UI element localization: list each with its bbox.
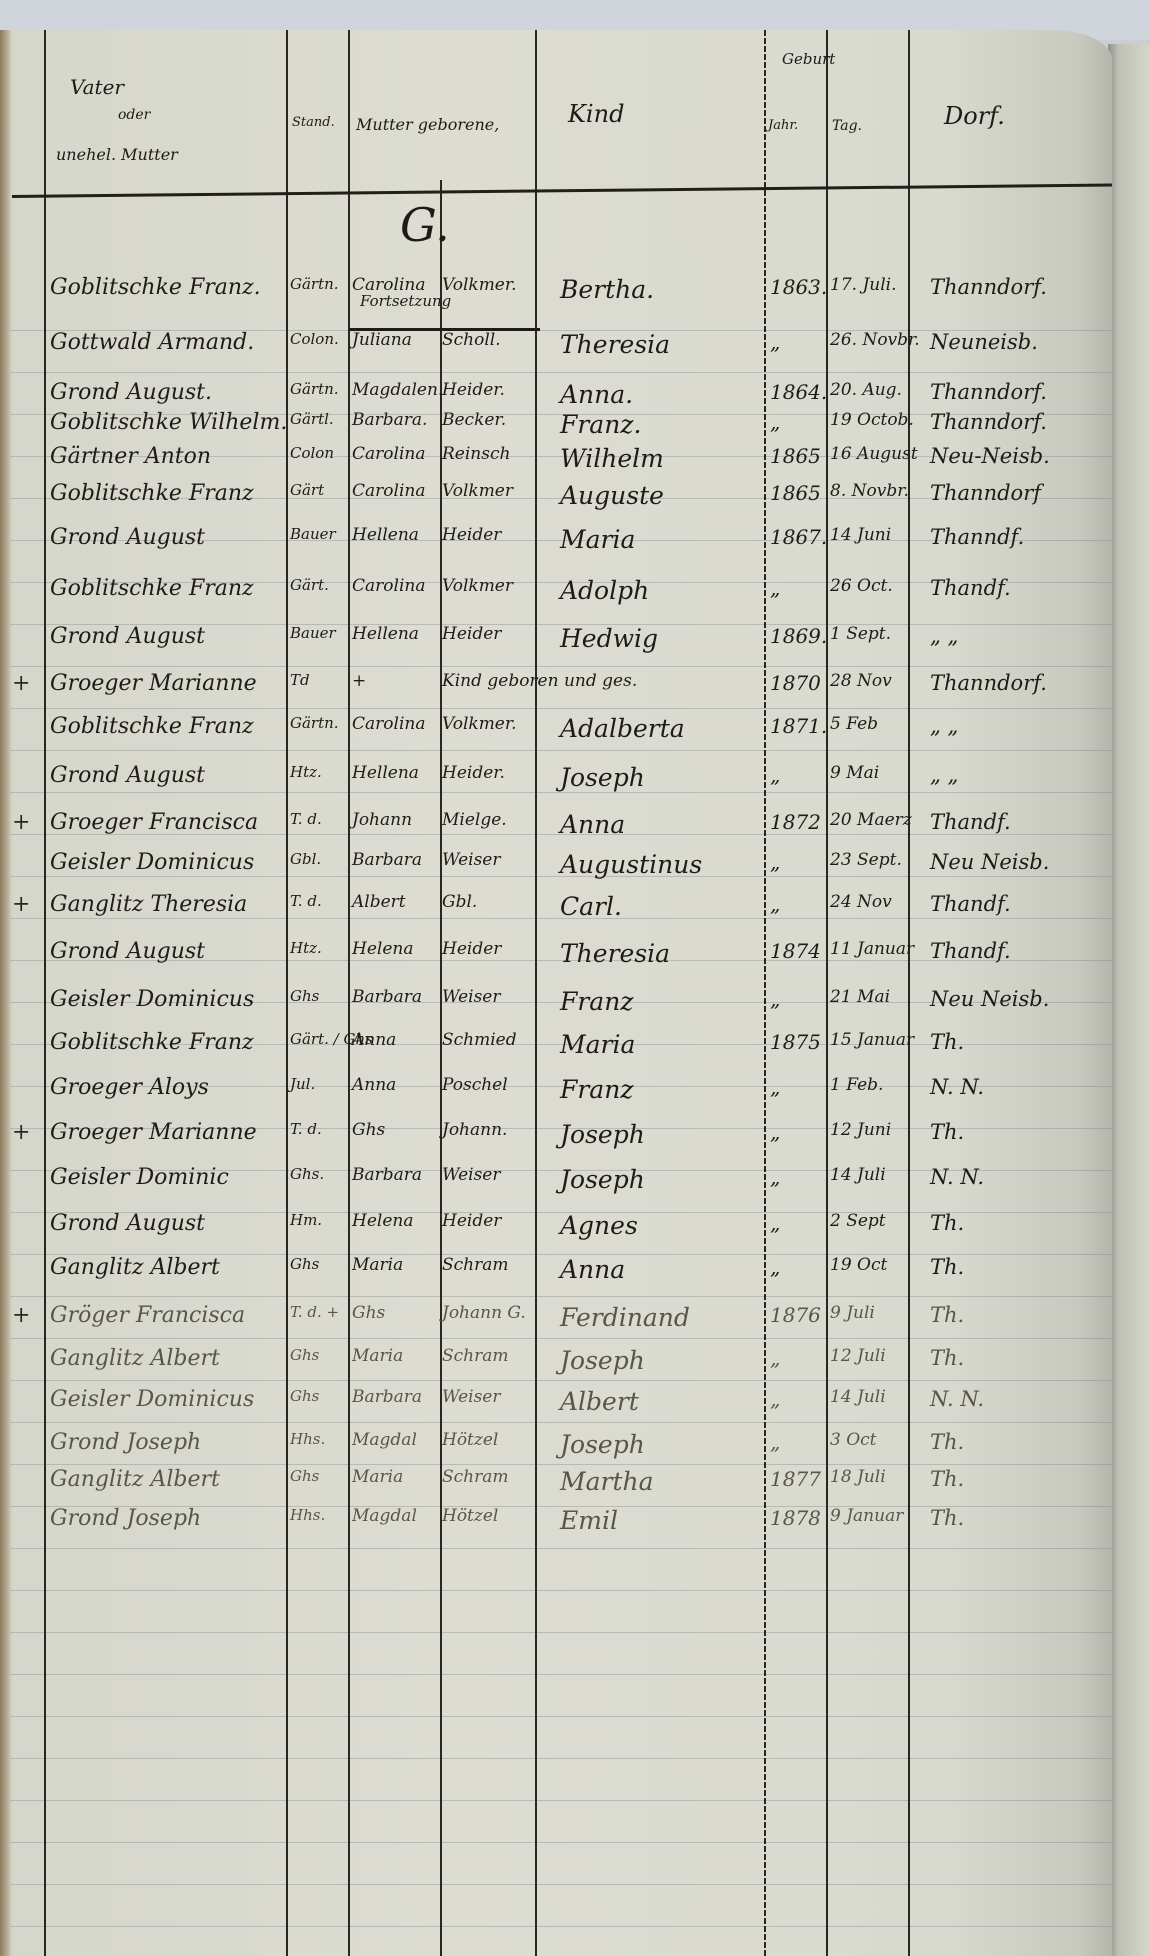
cell-year: „: [770, 410, 780, 434]
cell-parent: Groeger Marianne: [50, 1120, 257, 1145]
ruled-line: [10, 1800, 1112, 1801]
cell-day: 3 Oct: [830, 1430, 877, 1450]
cell-village: Th.: [930, 1120, 964, 1144]
cell-child: Wilhelm: [560, 444, 664, 473]
cell-mark: +: [12, 1303, 30, 1328]
cell-village: Thanndorf.: [930, 410, 1047, 434]
cell-parent: Goblitschke Franz: [50, 576, 254, 601]
cell-mother-born: Schmied: [442, 1030, 517, 1050]
cell-mother-born: Heider: [442, 624, 501, 644]
cell-village: Thanndorf.: [930, 275, 1047, 299]
cell-mother-born: Heider: [442, 939, 501, 959]
cell-mother-born: Heider: [442, 525, 501, 545]
cell-parent: Grond August.: [50, 380, 212, 405]
cell-parent: Groeger Francisca: [50, 810, 258, 835]
cell-stand: Htz.: [290, 939, 322, 957]
cell-day: 24 Nov: [830, 892, 892, 912]
cell-year: 1878: [770, 1506, 821, 1530]
cell-day: 14 Juli: [830, 1165, 886, 1185]
cell-mother-born: Johann.: [442, 1120, 507, 1140]
cell-parent: Gärtner Anton: [50, 444, 211, 469]
cell-child: Maria: [560, 1030, 635, 1059]
cell-year: 1869.: [770, 624, 827, 648]
cell-day: 21 Mai: [830, 987, 890, 1007]
cell-mother-first: Carolina: [352, 481, 425, 501]
ruled-line: [10, 666, 1112, 667]
cell-mother-born: Schram: [442, 1346, 509, 1366]
column-line: [764, 30, 766, 1956]
cell-child: Auguste: [560, 481, 664, 510]
cell-mother-first: Barbara: [352, 1387, 422, 1407]
cell-parent: Grond August: [50, 1211, 205, 1236]
cell-year: 1875: [770, 1030, 821, 1054]
column-line: [44, 30, 46, 1956]
cell-child: Joseph: [560, 1165, 645, 1194]
cell-child: Franz: [560, 1075, 633, 1104]
cell-village: Neu Neisb.: [930, 850, 1049, 874]
cell-mother-first: Helena: [352, 1211, 413, 1231]
ruled-line: [10, 1884, 1112, 1885]
cell-parent: Grond August: [50, 525, 205, 550]
cell-mark: +: [12, 671, 30, 696]
cell-stand: Gbl.: [290, 850, 321, 868]
cell-day: 19 Oct: [830, 1255, 887, 1275]
cell-mother-first: Magdal: [352, 1506, 417, 1526]
cell-child: Albert: [560, 1387, 639, 1416]
cell-parent: Gottwald Armand.: [50, 330, 254, 355]
cell-day: 15 Januar: [830, 1030, 914, 1050]
cell-day: 19 Octob.: [830, 410, 914, 430]
cell-parent: Geisler Dominicus: [50, 850, 254, 875]
cell-village: Th.: [930, 1255, 964, 1279]
cell-day: 12 Juli: [830, 1346, 886, 1366]
cell-mother-first: Carolina: [352, 714, 425, 734]
cell-mother-first: Ghs: [352, 1303, 385, 1323]
cell-mark: +: [12, 892, 30, 917]
cell-child: Martha: [560, 1467, 654, 1496]
cell-stand: Hhs.: [290, 1506, 325, 1524]
cell-stand: Gärt.: [290, 576, 329, 594]
cell-child: Theresia: [560, 330, 670, 359]
cell-year: 1865: [770, 444, 821, 468]
cell-stand: Htz.: [290, 763, 322, 781]
cell-child: Joseph: [560, 1346, 645, 1375]
cell-village: Th.: [930, 1303, 964, 1327]
cell-village: N. N.: [930, 1165, 984, 1189]
cell-day: 8. Novbr.: [830, 481, 909, 501]
cell-child: Franz.: [560, 410, 641, 439]
cell-mother-first: Ghs: [352, 1120, 385, 1140]
ruled-line: [10, 1926, 1112, 1927]
header-year: Jahr.: [768, 118, 798, 133]
cell-mother-born: Poschel: [442, 1075, 508, 1095]
cell-mother-born: Hötzel: [442, 1506, 498, 1526]
cell-child: Anna: [560, 1255, 625, 1284]
cell-mother-first: Hellena: [352, 525, 419, 545]
cell-mother-born: Weiser: [442, 850, 501, 870]
header-mother: Mutter geborene,: [356, 115, 499, 134]
cell-year: 1863.: [770, 275, 827, 299]
cell-mother-first: Hellena: [352, 763, 419, 783]
cell-mother-first: Magdalen.: [352, 380, 443, 400]
cell-stand: T. d.: [290, 810, 322, 828]
cell-mother-born: Weiser: [442, 1165, 501, 1185]
cell-year: „: [770, 1430, 780, 1454]
cell-mother-first: Hellena: [352, 624, 419, 644]
cell-mother-first: Albert: [352, 892, 406, 912]
cell-village: Thanndf.: [930, 525, 1024, 549]
next-page-edge: [1108, 44, 1150, 1956]
header-parent-1: Vater: [70, 75, 124, 99]
cell-parent: Ganglitz Albert: [50, 1467, 220, 1492]
cell-day: 26. Novbr.: [830, 330, 920, 350]
column-line: [826, 30, 828, 1956]
header-parent-2: oder: [118, 107, 150, 123]
ruled-line: [10, 372, 1112, 373]
cell-mother-first: Maria: [352, 1255, 403, 1275]
column-line: [908, 30, 910, 1956]
cell-day: 11 Januar: [830, 939, 914, 959]
cell-mother-born: Scholl.: [442, 330, 501, 350]
cell-year: 1874: [770, 939, 821, 963]
cell-stand: Colon.: [290, 330, 339, 348]
cell-stand: Hm.: [290, 1211, 322, 1229]
cell-mother-born: Mielge.: [442, 810, 507, 830]
cell-year: „: [770, 1120, 780, 1144]
cell-parent: Geisler Dominicus: [50, 1387, 254, 1412]
header-stand: Stand.: [292, 115, 335, 130]
cell-mother-born: Reinsch: [442, 444, 510, 464]
cell-mother-first: Carolina: [352, 576, 425, 596]
ruled-line: [10, 1380, 1112, 1381]
cell-mother-born: Heider.: [442, 380, 505, 400]
cell-village: „ „: [930, 714, 958, 738]
cell-year: „: [770, 1255, 780, 1279]
cell-stand: Ghs: [290, 1387, 319, 1405]
cell-mother-first: Maria: [352, 1346, 403, 1366]
cell-child: Adolph: [560, 576, 649, 605]
cell-mother-first: Anna: [352, 1075, 396, 1095]
cell-year: „: [770, 763, 780, 787]
cell-mother-born: Weiser: [442, 987, 501, 1007]
cell-parent: Goblitschke Franz.: [50, 275, 261, 300]
header-divider: [12, 183, 1112, 198]
cell-mother-first: Anna: [352, 1030, 396, 1050]
cell-child: Joseph: [560, 1120, 645, 1149]
cell-year: „: [770, 576, 780, 600]
cell-mother-first: Carolina: [352, 275, 425, 295]
cell-year: 1864.: [770, 380, 827, 404]
cell-parent: Groeger Marianne: [50, 671, 257, 696]
cell-stand: Gärtl.: [290, 410, 334, 428]
cell-day: 12 Juni: [830, 1120, 891, 1140]
cell-child: Augustinus: [560, 850, 702, 879]
cell-mother-born: Gbl.: [442, 892, 477, 912]
cell-mother-born: Kind geboren und ges.: [442, 671, 637, 691]
ruled-line: [10, 1590, 1112, 1591]
cell-parent: Ganglitz Albert: [50, 1346, 220, 1371]
ruled-line: [10, 708, 1112, 709]
cell-mother-born: Schram: [442, 1467, 509, 1487]
cell-parent: Grond August: [50, 624, 205, 649]
cell-day: 1 Feb.: [830, 1075, 883, 1095]
cell-parent: Goblitschke Franz: [50, 481, 254, 506]
cell-mother-first: Magdal: [352, 1430, 417, 1450]
cell-mark: +: [12, 1120, 30, 1145]
cell-day: 17. Juli.: [830, 275, 896, 295]
cell-child: Ferdinand: [560, 1303, 690, 1332]
cell-mother-first: Carolina: [352, 444, 425, 464]
cell-mother-born: Volkmer: [442, 576, 513, 596]
cell-day: 20 Maerz: [830, 810, 912, 830]
cell-mother-born: Becker.: [442, 410, 506, 430]
cell-stand: Ghs: [290, 1346, 319, 1364]
cell-child: Anna.: [560, 380, 633, 409]
cell-parent: Goblitschke Franz: [50, 1030, 254, 1055]
cell-mother-born: Heider: [442, 1211, 501, 1231]
cell-child: Bertha.: [560, 275, 654, 304]
cell-village: N. N.: [930, 1387, 984, 1411]
cell-parent: Grond Joseph: [50, 1506, 201, 1531]
cell-child: Maria: [560, 525, 635, 554]
cell-year: 1865: [770, 481, 821, 505]
cell-day: 9 Juli: [830, 1303, 875, 1323]
cell-day: 18 Juli: [830, 1467, 886, 1487]
cell-mother-born: Volkmer: [442, 481, 513, 501]
ruled-line: [10, 1758, 1112, 1759]
ruled-line: [10, 792, 1112, 793]
cell-child: Joseph: [560, 763, 645, 792]
cell-village: Neuneisb.: [930, 330, 1038, 354]
cell-day: 1 Sept.: [830, 624, 891, 644]
cell-mother-first: Juliana: [352, 330, 412, 350]
column-line: [535, 30, 537, 1956]
cell-parent: Grond Joseph: [50, 1430, 201, 1455]
ruled-line: [10, 1842, 1112, 1843]
ruled-line: [10, 1464, 1112, 1465]
cell-year: „: [770, 1165, 780, 1189]
cell-day: 20. Aug.: [830, 380, 902, 400]
cell-mother-first: Johann: [352, 810, 412, 830]
cell-stand: Ghs: [290, 1467, 319, 1485]
cell-child: Theresia: [560, 939, 670, 968]
cell-year: 1867.: [770, 525, 827, 549]
register-page: Vater oder unehel. Mutter Stand. Mutter …: [0, 30, 1112, 1956]
cell-day: 16 August: [830, 444, 918, 464]
cell-stand: Td: [290, 671, 310, 689]
cell-mother-born: Johann G.: [442, 1303, 526, 1323]
cell-stand: T. d.: [290, 1120, 322, 1138]
ruled-line: [10, 1548, 1112, 1549]
cell-village: Th.: [930, 1211, 964, 1235]
cell-child: Hedwig: [560, 624, 658, 653]
column-line: [286, 30, 288, 1956]
cell-stand: Ghs.: [290, 1165, 324, 1183]
cell-day: 26 Oct.: [830, 576, 893, 596]
ruled-line: [10, 1716, 1112, 1717]
column-line: [348, 30, 350, 1956]
cell-stand: T. d. +: [290, 1303, 339, 1321]
cell-village: Th.: [930, 1346, 964, 1370]
cell-village: N. N.: [930, 1075, 984, 1099]
cell-village: Thanndorf.: [930, 380, 1047, 404]
cell-year: „: [770, 987, 780, 1011]
cell-village: Thandf.: [930, 939, 1011, 963]
cell-day: 9 Mai: [830, 763, 879, 783]
cell-parent: Gröger Francisca: [50, 1303, 245, 1328]
cell-mother-born: Heider.: [442, 763, 505, 783]
cell-day: 14 Juli: [830, 1387, 886, 1407]
cell-stand: Gärtn.: [290, 714, 339, 732]
cell-mother-first: Maria: [352, 1467, 403, 1487]
cell-child: Emil: [560, 1506, 618, 1535]
cell-child: Franz: [560, 987, 633, 1016]
cell-mother-first: +: [352, 671, 366, 691]
cell-stand: Ghs: [290, 987, 319, 1005]
cell-year: 1877: [770, 1467, 821, 1491]
cell-child: Carl.: [560, 892, 622, 921]
cell-parent: Ganglitz Theresia: [50, 892, 247, 917]
cell-child: Anna: [560, 810, 625, 839]
cell-stand: Hhs.: [290, 1430, 325, 1448]
header-day: Tag.: [832, 118, 862, 134]
cell-day: 28 Nov: [830, 671, 892, 691]
cell-village: Th.: [930, 1467, 964, 1491]
cell-mother-born: Schram: [442, 1255, 509, 1275]
cell-year: 1871.: [770, 714, 827, 738]
cell-year: „: [770, 1211, 780, 1235]
cell-parent: Goblitschke Franz: [50, 714, 254, 739]
cell-village: Th.: [930, 1506, 964, 1530]
cell-village: Thanndorf: [930, 481, 1041, 505]
cell-stand: Gärtn.: [290, 380, 339, 398]
header-village: Dorf.: [944, 102, 1005, 130]
cell-stand: Bauer: [290, 624, 336, 642]
cell-day: 23 Sept.: [830, 850, 902, 870]
cell-village: Thandf.: [930, 576, 1011, 600]
cell-village: Neu-Neisb.: [930, 444, 1050, 468]
cell-village: Thandf.: [930, 810, 1011, 834]
cell-mother-first: Helena: [352, 939, 413, 959]
cell-child: Adalberta: [560, 714, 685, 743]
cell-year: „: [770, 1075, 780, 1099]
cell-year: „: [770, 892, 780, 916]
cell-mother-first: Barbara: [352, 850, 422, 870]
cell-parent: Ganglitz Albert: [50, 1255, 220, 1280]
cell-mother-first: Barbara.: [352, 410, 427, 430]
cell-village: Neu Neisb.: [930, 987, 1049, 1011]
cell-child: Joseph: [560, 1430, 645, 1459]
header-birth: Geburt: [782, 50, 835, 68]
cell-parent: Geisler Dominic: [50, 1165, 229, 1190]
cell-village: Th.: [930, 1030, 964, 1054]
cell-mother-first: Barbara: [352, 987, 422, 1007]
header-child: Kind: [568, 100, 624, 128]
ruled-line: [10, 1422, 1112, 1423]
cell-year: „: [770, 850, 780, 874]
header-parent-3: unehel. Mutter: [56, 145, 178, 164]
cell-mark: +: [12, 810, 30, 835]
cell-stand: Colon: [290, 444, 334, 462]
cell-year: 1870: [770, 671, 821, 695]
cell-mother-born: Hötzel: [442, 1430, 498, 1450]
cell-parent: Geisler Dominicus: [50, 987, 254, 1012]
cell-stand: Jul.: [290, 1075, 315, 1093]
ruled-line: [10, 1674, 1112, 1675]
cell-mother-born: Weiser: [442, 1387, 501, 1407]
cell-parent: Grond August: [50, 763, 205, 788]
cell-stand: Bauer: [290, 525, 336, 543]
cell-mother-born: Volkmer.: [442, 275, 517, 295]
cell-year: „: [770, 1387, 780, 1411]
cell-day: 5 Feb: [830, 714, 878, 734]
cell-village: Thandf.: [930, 892, 1011, 916]
section-letter: G.: [400, 198, 450, 252]
cell-stand: Ghs: [290, 1255, 319, 1273]
ruled-line: [10, 1338, 1112, 1339]
cell-year: „: [770, 1346, 780, 1370]
cell-stand: Gärt: [290, 481, 324, 499]
cell-stand: T. d.: [290, 892, 322, 910]
ruled-line: [10, 750, 1112, 751]
cell-village: „ „: [930, 624, 958, 648]
cell-child: Agnes: [560, 1211, 638, 1240]
cell-year: 1876: [770, 1303, 821, 1327]
cell-mother-born: Volkmer.: [442, 714, 517, 734]
cell-day: 2 Sept: [830, 1211, 886, 1231]
cell-parent: Grond August: [50, 939, 205, 964]
cell-parent: Groeger Aloys: [50, 1075, 209, 1100]
cell-day: 14 Juni: [830, 525, 891, 545]
cell-year: 1872: [770, 810, 821, 834]
cell-village: Thanndorf.: [930, 671, 1047, 695]
cell-mother-first: Barbara: [352, 1165, 422, 1185]
cell-stand: Gärtn.: [290, 275, 339, 293]
cell-village: „ „: [930, 763, 958, 787]
cell-year: „: [770, 330, 780, 354]
cell-parent: Goblitschke Wilhelm.: [50, 410, 287, 435]
cell-day: 9 Januar: [830, 1506, 903, 1526]
ruled-line: [10, 1632, 1112, 1633]
cell-village: Th.: [930, 1430, 964, 1454]
ruled-line: [10, 1296, 1112, 1297]
